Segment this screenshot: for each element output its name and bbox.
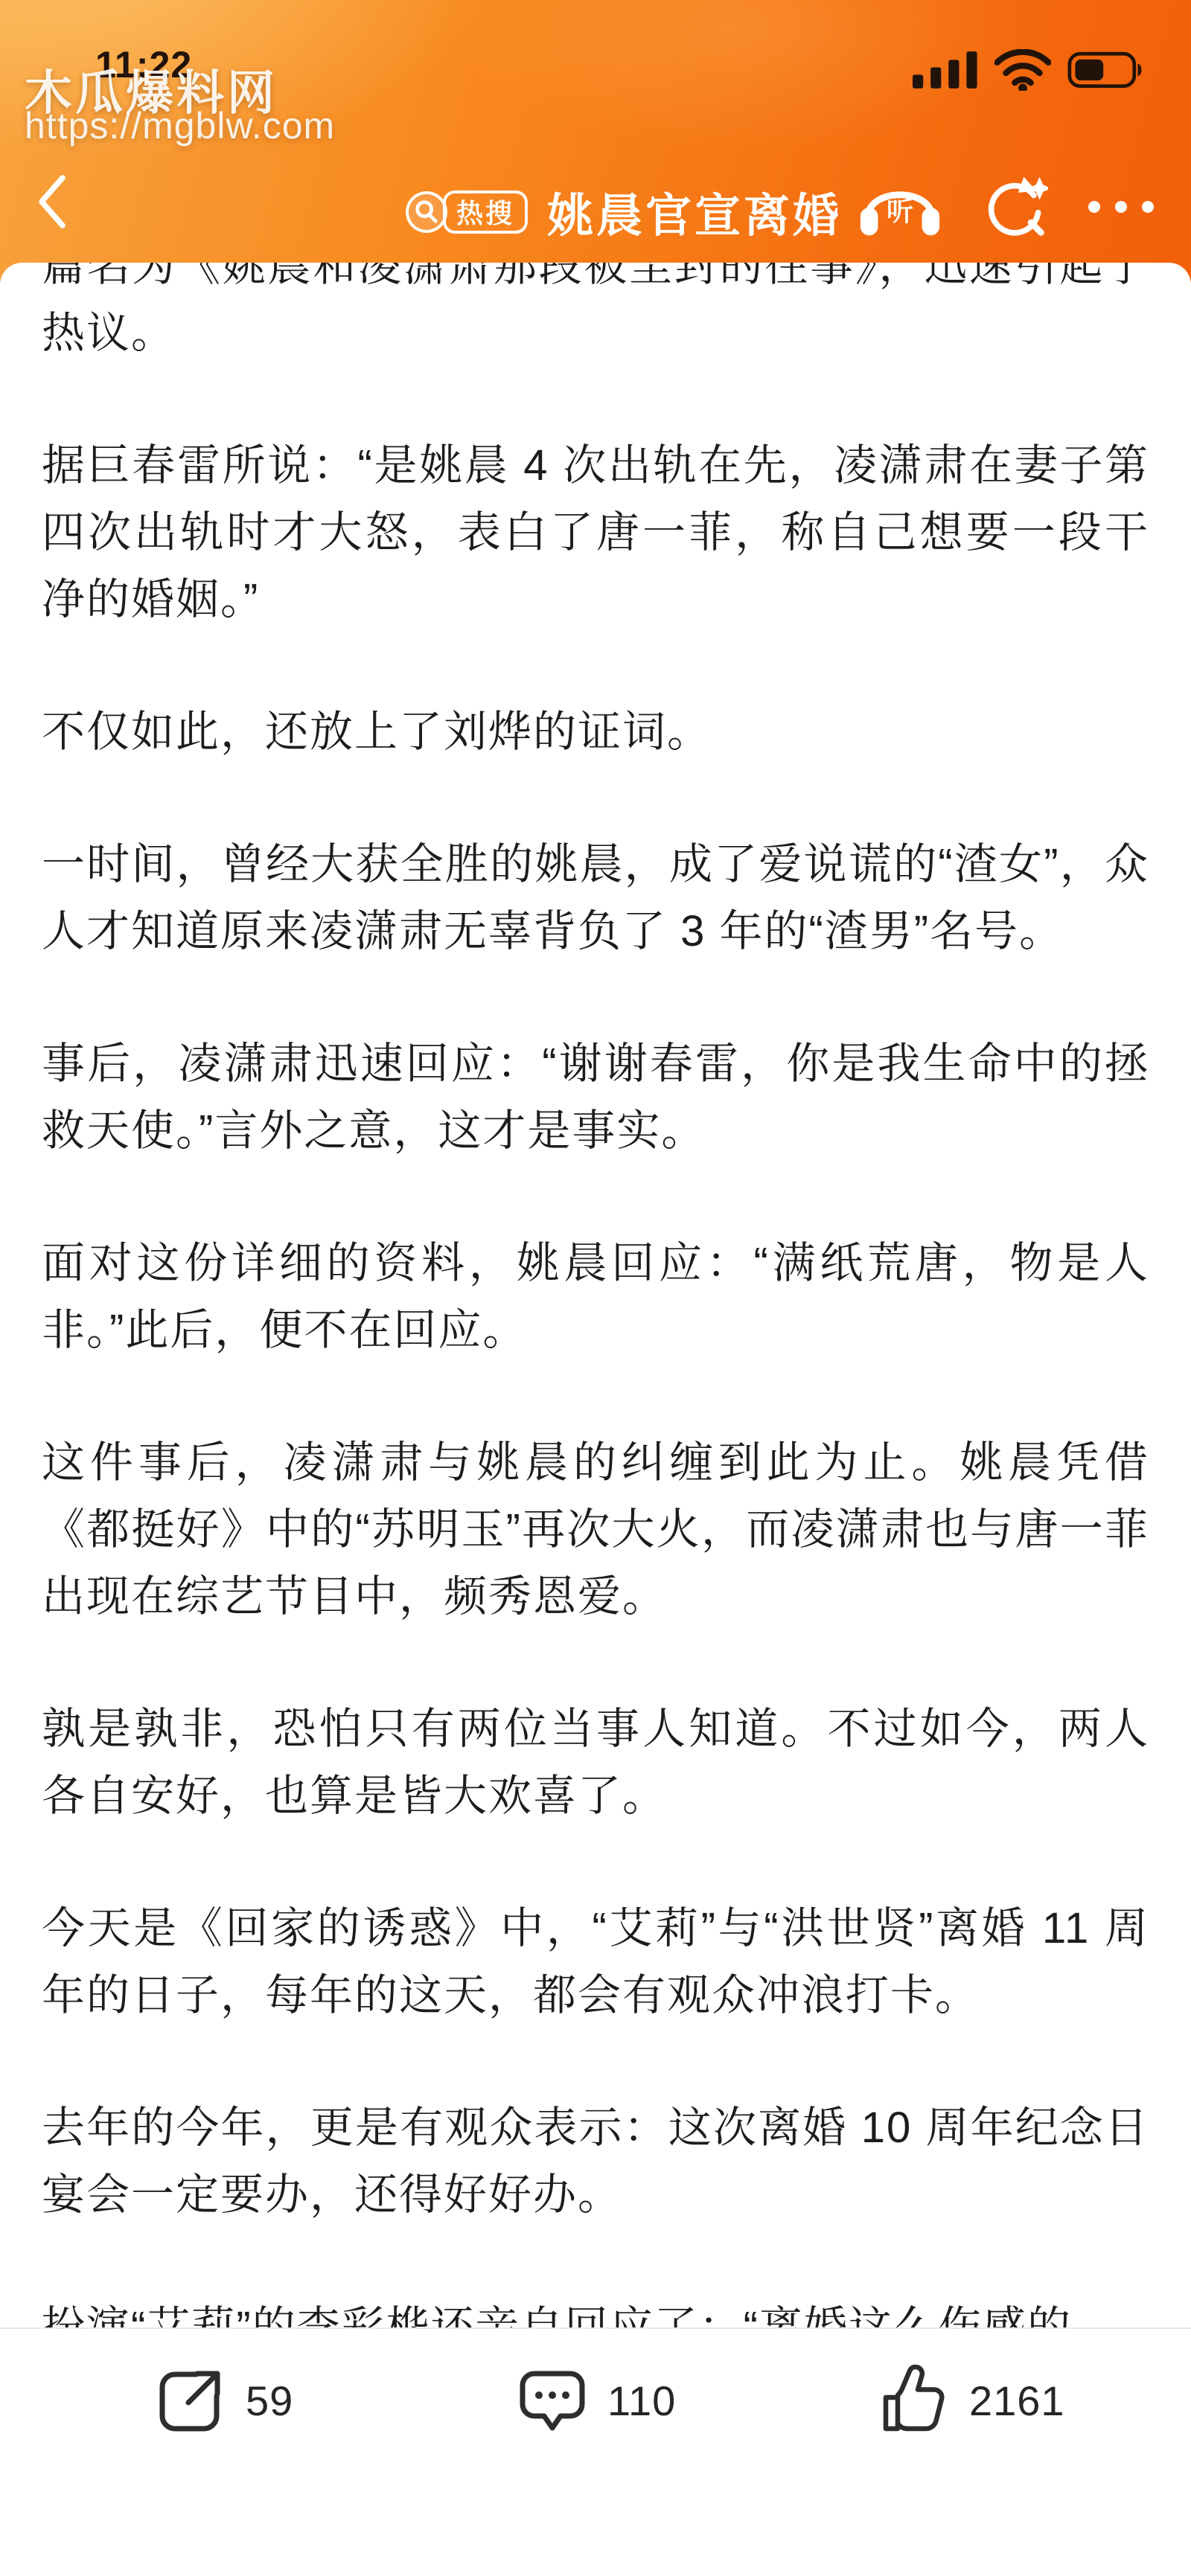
hot-search-badge[interactable] (406, 191, 447, 233)
like-count: 2161 (969, 2377, 1065, 2425)
screen: 11:22 木瓜爆料网 https://mgblw.com (0, 0, 1191, 2576)
article-paragraph: 面对这份详细的资料，姚晨回应：“满纸荒唐，物是人非。”此后，便不在回应。 (42, 1230, 1149, 1364)
comment-icon (517, 2365, 588, 2436)
more-dot (1142, 201, 1154, 213)
thumbs-up-icon (878, 2365, 950, 2436)
hot-search-label: 热搜 (456, 193, 514, 231)
comment-count: 110 (607, 2377, 676, 2425)
article-paragraph: 据巨春雷所说：“是姚晨 4 次出轨在先，凌潇肃在妻子第四次出轨时才大怒，表白了唐… (42, 432, 1149, 633)
article-paragraph: 这件事后，凌潇肃与姚晨的纠缠到此为止。姚晨凭借《都挺好》中的“苏明玉”再次大火，… (42, 1429, 1149, 1630)
nav-actions: 听 (856, 173, 1158, 241)
listen-button[interactable]: 听 (856, 175, 944, 239)
article-paragraph: 一时间，曾经大获全胜的姚晨，成了爱说谎的“渣女”，众人才知道原来凌潇肃无辜背负了… (42, 831, 1149, 965)
more-options-button[interactable] (1084, 173, 1158, 241)
more-dot (1115, 201, 1127, 213)
wifi-icon (994, 49, 1051, 91)
page-title: 姚晨官宣离婚 (547, 179, 842, 245)
hot-search-magnifier-icon (412, 198, 441, 226)
watermark-site-url: https://mgblw.com (25, 104, 335, 147)
battery-icon (1067, 51, 1145, 89)
hot-search-title-group: 热搜 姚晨官宣离婚 (406, 179, 842, 245)
article-paragraph: 扮演“艾莉”的李彩桦还亲自回应了：“离婚这么伤感的 (42, 2294, 1149, 2327)
article-card: 篇名为《姚晨和凌潇肃那段被尘封的往事》，迅速引起了热议。 据巨春雷所说：“是姚晨… (0, 263, 1191, 2327)
article-paragraph: 不仅如此，还放上了刘烨的证词。 (42, 699, 1149, 766)
comment-button[interactable]: 110 (517, 2365, 676, 2436)
article-paragraph: 孰是孰非，恐怕只有两位当事人知道。不过如今，两人各自安好，也算是皆大欢喜了。 (42, 1696, 1149, 1830)
back-button[interactable] (34, 174, 68, 229)
like-button[interactable]: 2161 (878, 2365, 1065, 2436)
article-paragraph: 去年的今年，更是有观众表示：这次离婚 10 周年纪念日宴会一定要办，还得好好办。 (42, 2095, 1149, 2229)
refresh-search-button[interactable] (980, 173, 1048, 241)
bottom-toolbar: 59 110 2161 (0, 2329, 1191, 2576)
status-icons (913, 49, 1145, 91)
listen-label: 听 (887, 191, 913, 229)
more-dot (1088, 201, 1100, 213)
hot-search-pill[interactable]: 热搜 (443, 190, 528, 234)
share-icon (155, 2365, 226, 2436)
share-button[interactable]: 59 (155, 2365, 293, 2436)
article-paragraph: 事后，凌潇肃迅速回应：“谢谢春雷，你是我生命中的拯救天使。”言外之意，这才是事实… (42, 1031, 1149, 1164)
article-paragraph: 今天是《回家的诱惑》中，“艾莉”与“洪世贤”离婚 11 周年的日子，每年的这天，… (42, 1895, 1149, 2029)
share-count: 59 (246, 2377, 293, 2425)
cellular-signal-icon (913, 51, 978, 89)
article-paragraph: 篇名为《姚晨和凌潇肃那段被尘封的往事》，迅速引起了热议。 (42, 263, 1149, 367)
